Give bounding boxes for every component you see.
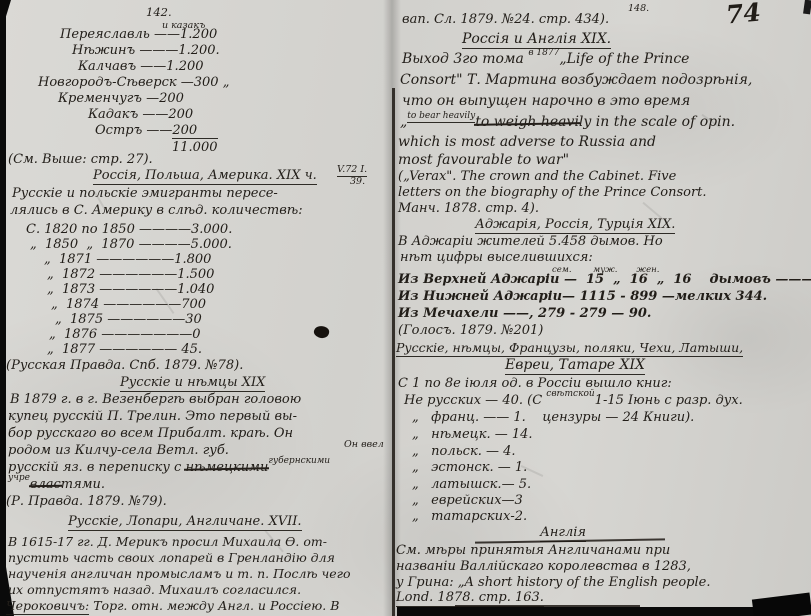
- town-row: Новгородъ-Сѣверск —300 „: [38, 75, 229, 90]
- section-heading: Русскіе, нѣмцы, Французы, поляки, Чехи, …: [396, 340, 743, 355]
- archive-folio-number: 74: [725, 5, 761, 23]
- scan-corner-top-left: [0, 0, 11, 36]
- towns-total-line: 11.000: [172, 138, 218, 155]
- town-row: Кременчугъ —200: [58, 91, 184, 106]
- scan-corner-bottom-right: [752, 593, 811, 616]
- section-heading: Англія: [540, 525, 586, 540]
- emigration-row: „ 1873 ——————1.040: [47, 282, 214, 297]
- statistics-row: „ франц. —— 1. цензуры — 24 Книги).: [412, 410, 694, 425]
- towns-total: 11.000: [172, 138, 218, 155]
- struck-text: нѣмецкими: [185, 460, 268, 475]
- scan-edge-bottom: [397, 607, 773, 616]
- paragraph-line: most favourable to war": [398, 153, 569, 168]
- emigration-row: С. 1820 по 1850 ————3.000.: [26, 222, 232, 237]
- page-gutter-line: [392, 88, 395, 616]
- paragraph-line: купец русскій П. Трелин. Это первый вы-: [8, 409, 297, 424]
- statistics-row: Из Верхней Аджаріи — 15 „ 16 „ 16 дымовъ…: [398, 272, 811, 287]
- statistics-row: „ эстонск. — 1.: [412, 460, 527, 475]
- emigration-row: „ 1874 ——————700: [51, 297, 206, 312]
- interline-insert: Он ввел: [344, 437, 384, 452]
- interline-insert: губернскими: [268, 456, 330, 466]
- paragraph-line: В 1615-17 гг. Д. Мерикъ просил Михаила Ѳ…: [8, 534, 327, 549]
- paragraph-line: Выход 3го тома в 1877„Life of the Prince: [402, 52, 689, 69]
- paragraph-line: Consort" Т. Мартина возбуждает подозрѣні…: [400, 73, 752, 88]
- section-heading: Евреи, Татаре XIX: [505, 358, 645, 373]
- statistics-row: „ польск. — 4.: [412, 444, 516, 459]
- paragraph-line: их отпустятъ назад. Михаилъ согласился.: [8, 582, 301, 597]
- paragraph-line: Lond. 1878. стр. 163.: [396, 590, 544, 605]
- paragraph-line: учревластями.: [8, 477, 105, 494]
- interline-insert: в 1877: [528, 48, 559, 58]
- statistics-row: „ еврейских—3: [412, 493, 523, 508]
- emigration-row: „ 1875 ——————30: [55, 312, 202, 327]
- paragraph-line: В 1879 г. в г. Везенбергѣ выбран головою: [10, 392, 301, 407]
- paragraph-line: В Аджаріи жителей 5.458 дымов. Но: [398, 234, 663, 249]
- paragraph-line: лялись в С. Америку в слѣд. количествѣ:: [10, 203, 303, 218]
- paragraph-line: См. мѣры принятыя Англичанами при: [396, 543, 670, 558]
- interline-insert: свѣтской: [546, 389, 594, 399]
- struck-text: влас: [30, 477, 61, 492]
- pen-rule: [455, 605, 640, 607]
- manuscript-scan: 142. и казакъ Переяславль ——1.200 Нѣжинъ…: [0, 0, 811, 616]
- town-row: Кадакъ ——200: [88, 107, 193, 122]
- interline-insert: to bear heavily: [407, 111, 475, 123]
- page-number-right: 148.: [628, 1, 649, 16]
- town-row: Остръ ——200: [95, 123, 197, 138]
- scan-edge-left: [0, 0, 6, 616]
- town-row: Калчавъ ——1.200: [78, 59, 204, 74]
- paragraph-line: родом из Килчу-села Ветл. губ.: [8, 443, 229, 458]
- paragraph-line: which is most adverse to Russia and: [398, 135, 656, 150]
- paragraph-line: у Грина: „A short history of the English…: [396, 575, 710, 590]
- section-heading: Аджарія, Россія, Турція XIX.: [475, 217, 675, 232]
- section-heading: Русскіе, Лопари, Англичане. XVII.: [68, 514, 302, 529]
- scan-corner-top-right: [803, 0, 811, 14]
- source-citation: letters on the biography of the Prince C…: [398, 185, 707, 200]
- paragraph-line: русскій яз. в переписку с нѣмецкимигубер…: [8, 460, 330, 477]
- section-heading: Русскіе и нѣмцы XIX: [120, 375, 265, 390]
- town-row: Переяславль ——1.200: [60, 27, 217, 42]
- interline-insert: учре: [8, 473, 30, 483]
- ink-blot: [313, 324, 331, 340]
- margin-note: 39.: [350, 174, 365, 189]
- section-heading: Россія и Англія XIX.: [462, 32, 611, 47]
- paragraph-line: названіи Валлійскаго королевства в 1283,: [396, 559, 691, 574]
- town-row: Нѣжинъ ———1.200.: [72, 43, 220, 58]
- paragraph-line: пустить часть своих лопарей в Гренландію…: [8, 550, 335, 565]
- emigration-row: „ 1871 ——————1.800: [44, 252, 211, 267]
- statistics-row: „ нѣмецк. — 14.: [412, 427, 533, 442]
- statistics-row: „ латышск.— 5.: [412, 477, 531, 492]
- source-citation: вап. Сл. 1879. №24. стр. 434).: [402, 12, 609, 27]
- source-citation: („Verax". The crown and the Cabinet. Fiv…: [398, 169, 676, 184]
- emigration-row: „ 1876 ———————0: [49, 327, 201, 342]
- paragraph-line: наученія англичан промысламъ и т. п. Пос…: [8, 566, 350, 581]
- bibliography-line: Чероковичъ: Торг. отн. между Англ. и Рос…: [6, 598, 339, 613]
- section-heading: Россія, Польша, Америка. XIX ч.: [93, 168, 317, 183]
- source-citation: (Русская Правда. Спб. 1879. №78).: [6, 358, 243, 373]
- statistics-row: Не русских — 40. (С свѣтской1-15 Іюнь с …: [404, 393, 743, 410]
- paragraph-line: Русскіе и польскіе эмигранты пересе-: [12, 186, 278, 201]
- emigration-row: „ 1877 —————— 45.: [47, 342, 202, 357]
- statistics-row: „ татарских-2.: [412, 509, 527, 524]
- paragraph-line: С 1 по 8е іюля од. в Россіи вышло книг:: [398, 376, 672, 391]
- paragraph-line: бор русскаго во всем Прибалт. краѣ. Он: [8, 426, 293, 441]
- emigration-row: „ 1872 ——————1.500: [47, 267, 214, 282]
- author-name: Чероковичъ:: [6, 598, 89, 615]
- cross-reference: (См. Выше: стр. 27).: [8, 152, 153, 167]
- emigration-row: „ 1850 „ 1870 ————5.000.: [30, 237, 232, 252]
- statistics-row: Из Мечахели ——, 279 - 279 — 90.: [398, 306, 651, 321]
- struck-text: to weigh heavi: [475, 114, 579, 130]
- source-citation: (Р. Правда. 1879. №79).: [6, 494, 167, 509]
- source-citation: Манч. 1878. стр. 4).: [398, 201, 539, 216]
- paragraph-line: „to bear heavilyto weigh heavily in the …: [400, 115, 735, 132]
- paragraph-line: что он выпущен нарочно в это время: [402, 94, 690, 109]
- statistics-row: Из Нижней Аджаріи— 1115 - 899 —мелких 34…: [398, 289, 767, 304]
- source-citation: (Голосъ. 1879. №201): [398, 323, 543, 338]
